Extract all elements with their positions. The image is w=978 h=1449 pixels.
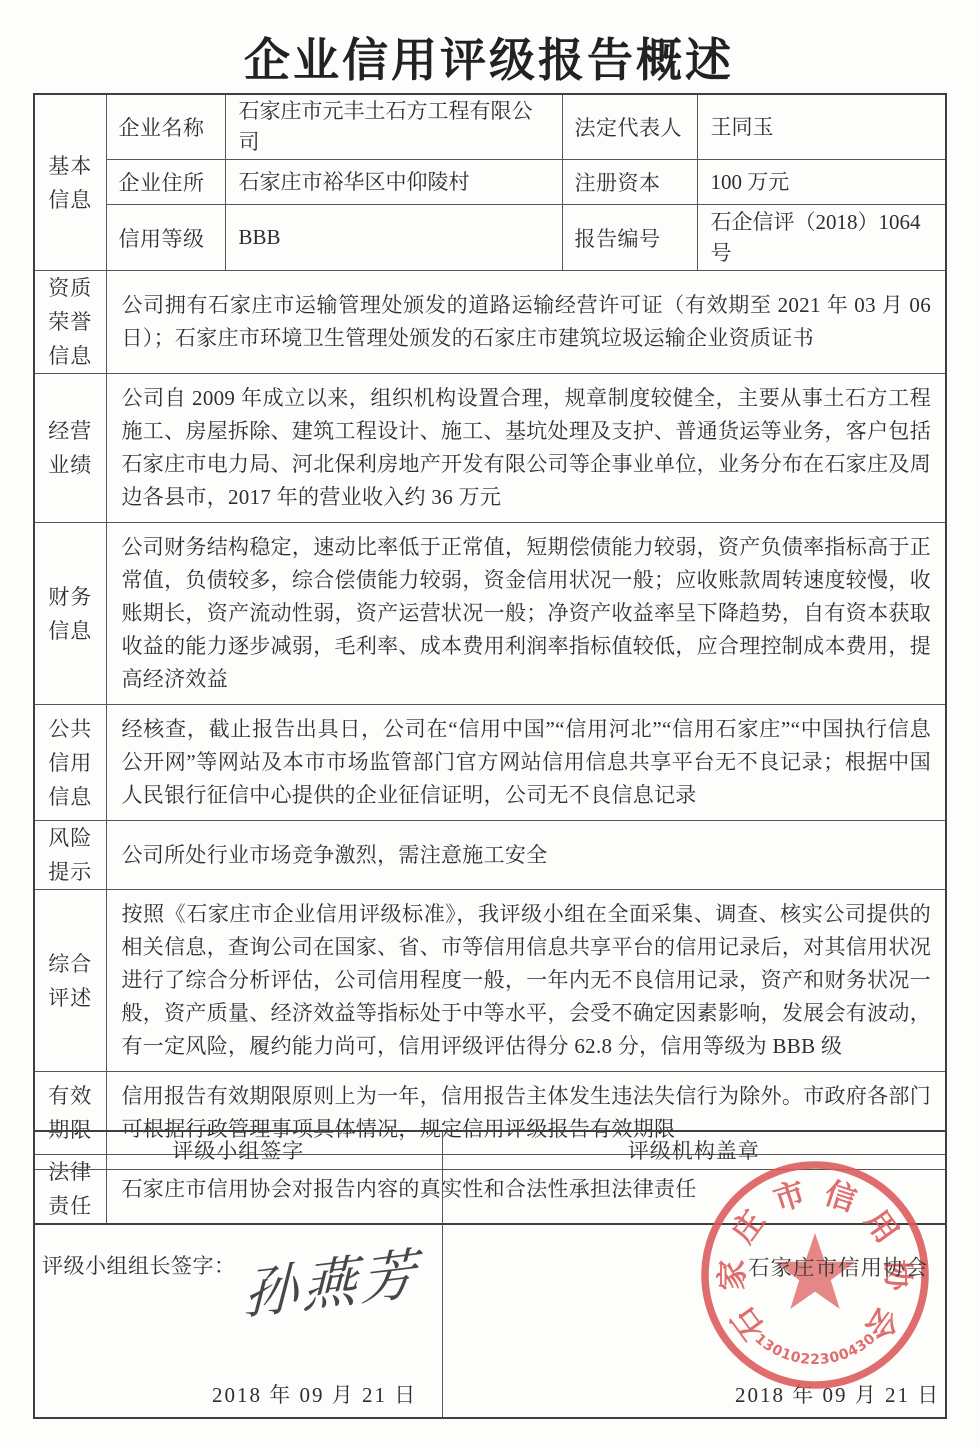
section-label-public-credit: 公共信用信息 bbox=[34, 705, 106, 821]
svg-text:用: 用 bbox=[858, 1204, 905, 1250]
table-row: 风险提示 公司所处行业市场竞争激烈，需注意施工安全 bbox=[34, 821, 946, 890]
section-label-comprehensive-review: 综合评述 bbox=[34, 890, 106, 1072]
field-label-registered-capital: 注册资本 bbox=[562, 160, 697, 205]
table-row: 基本信息 企业名称 石家庄市元丰土石方工程有限公司 法定代表人 王同玉 bbox=[34, 94, 946, 160]
section-label-basic-info: 基本信息 bbox=[34, 94, 106, 271]
section-content-financial-info: 公司财务结构稳定，速动比率低于正常值，短期偿债能力较弱，资产负债率指标高于正常值… bbox=[106, 523, 946, 705]
field-value-legal-representative: 王同玉 bbox=[697, 94, 946, 160]
field-value-company-address: 石家庄市裕华区中仰陵村 bbox=[225, 160, 562, 205]
signature-date: 2018 年 09 月 21 日 bbox=[212, 1379, 417, 1409]
section-content-risk-warning: 公司所处行业市场竞争激烈，需注意施工安全 bbox=[106, 821, 946, 890]
rating-team-signature-header: 评级小组签字 bbox=[34, 1131, 442, 1169]
section-label-risk-warning: 风险提示 bbox=[34, 821, 106, 890]
svg-text:信: 信 bbox=[820, 1175, 860, 1218]
field-label-report-number: 报告编号 bbox=[562, 205, 697, 271]
seal-number-arc: 1 3 0 1 0 2 2 3 0 0 4 3 0 bbox=[751, 1331, 878, 1368]
table-row: 公共信用信息 经核查，截止报告出具日，公司在“信用中国”“信用河北”“信用石家庄… bbox=[34, 705, 946, 821]
table-row: 信用等级 BBB 报告编号 石企信评（2018）1064 号 bbox=[34, 205, 946, 271]
section-label-qualification: 资质荣誉信息 bbox=[34, 271, 106, 374]
svg-text:庄: 庄 bbox=[725, 1204, 772, 1250]
section-label-business-performance: 经营业绩 bbox=[34, 374, 106, 523]
section-content-qualification: 公司拥有石家庄市运输管理处颁发的道路运输经营许可证（有效期至 2021 年 03… bbox=[106, 271, 946, 374]
page-title: 企业信用评级报告概述 bbox=[0, 24, 978, 90]
section-content-business-performance: 公司自 2009 年成立以来，组织机构设置合理，规章制度较健全，主要从事土石方工… bbox=[106, 374, 946, 523]
team-leader-signature-label: 评级小组组长签字： bbox=[42, 1250, 236, 1280]
section-label-financial-info: 财务信息 bbox=[34, 523, 106, 705]
field-label-company-address: 企业住所 bbox=[106, 160, 225, 205]
svg-text:家: 家 bbox=[715, 1260, 750, 1291]
field-value-registered-capital: 100 万元 bbox=[697, 160, 946, 205]
agency-name-text: 石家庄市信用协会 bbox=[748, 1251, 928, 1282]
field-label-legal-representative: 法定代表人 bbox=[562, 94, 697, 160]
document-page: 企业信用评级报告概述 基本信息 企业名称 石家庄市元丰土石方工程有限公司 法定代… bbox=[0, 0, 978, 1449]
table-row: 资质荣誉信息 公司拥有石家庄市运输管理处颁发的道路运输经营许可证（有效期至 20… bbox=[34, 271, 946, 374]
report-table: 基本信息 企业名称 石家庄市元丰土石方工程有限公司 法定代表人 王同玉 企业住所… bbox=[33, 93, 947, 1225]
table-row: 综合评述 按照《石家庄市企业信用评级标准》，我评级小组在全面采集、调查、核实公司… bbox=[34, 890, 946, 1072]
table-row: 财务信息 公司财务结构稳定，速动比率低于正常值，短期偿债能力较弱，资产负债率指标… bbox=[34, 523, 946, 705]
section-content-public-credit: 经核查，截止报告出具日，公司在“信用中国”“信用河北”“信用石家庄”“中国执行信… bbox=[106, 705, 946, 821]
field-value-credit-rating: BBB bbox=[225, 205, 562, 271]
section-content-comprehensive-review: 按照《石家庄市企业信用评级标准》，我评级小组在全面采集、调查、核实公司提供的相关… bbox=[106, 890, 946, 1072]
field-label-credit-rating: 信用等级 bbox=[106, 205, 225, 271]
field-label-company-name: 企业名称 bbox=[106, 94, 225, 160]
table-row: 企业住所 石家庄市裕华区中仰陵村 注册资本 100 万元 bbox=[34, 160, 946, 205]
svg-text:市: 市 bbox=[769, 1175, 809, 1218]
field-value-report-number: 石企信评（2018）1064 号 bbox=[697, 205, 946, 271]
table-row: 经营业绩 公司自 2009 年成立以来，组织机构设置合理，规章制度较健全，主要从… bbox=[34, 374, 946, 523]
field-value-company-name: 石家庄市元丰土石方工程有限公司 bbox=[225, 94, 562, 160]
